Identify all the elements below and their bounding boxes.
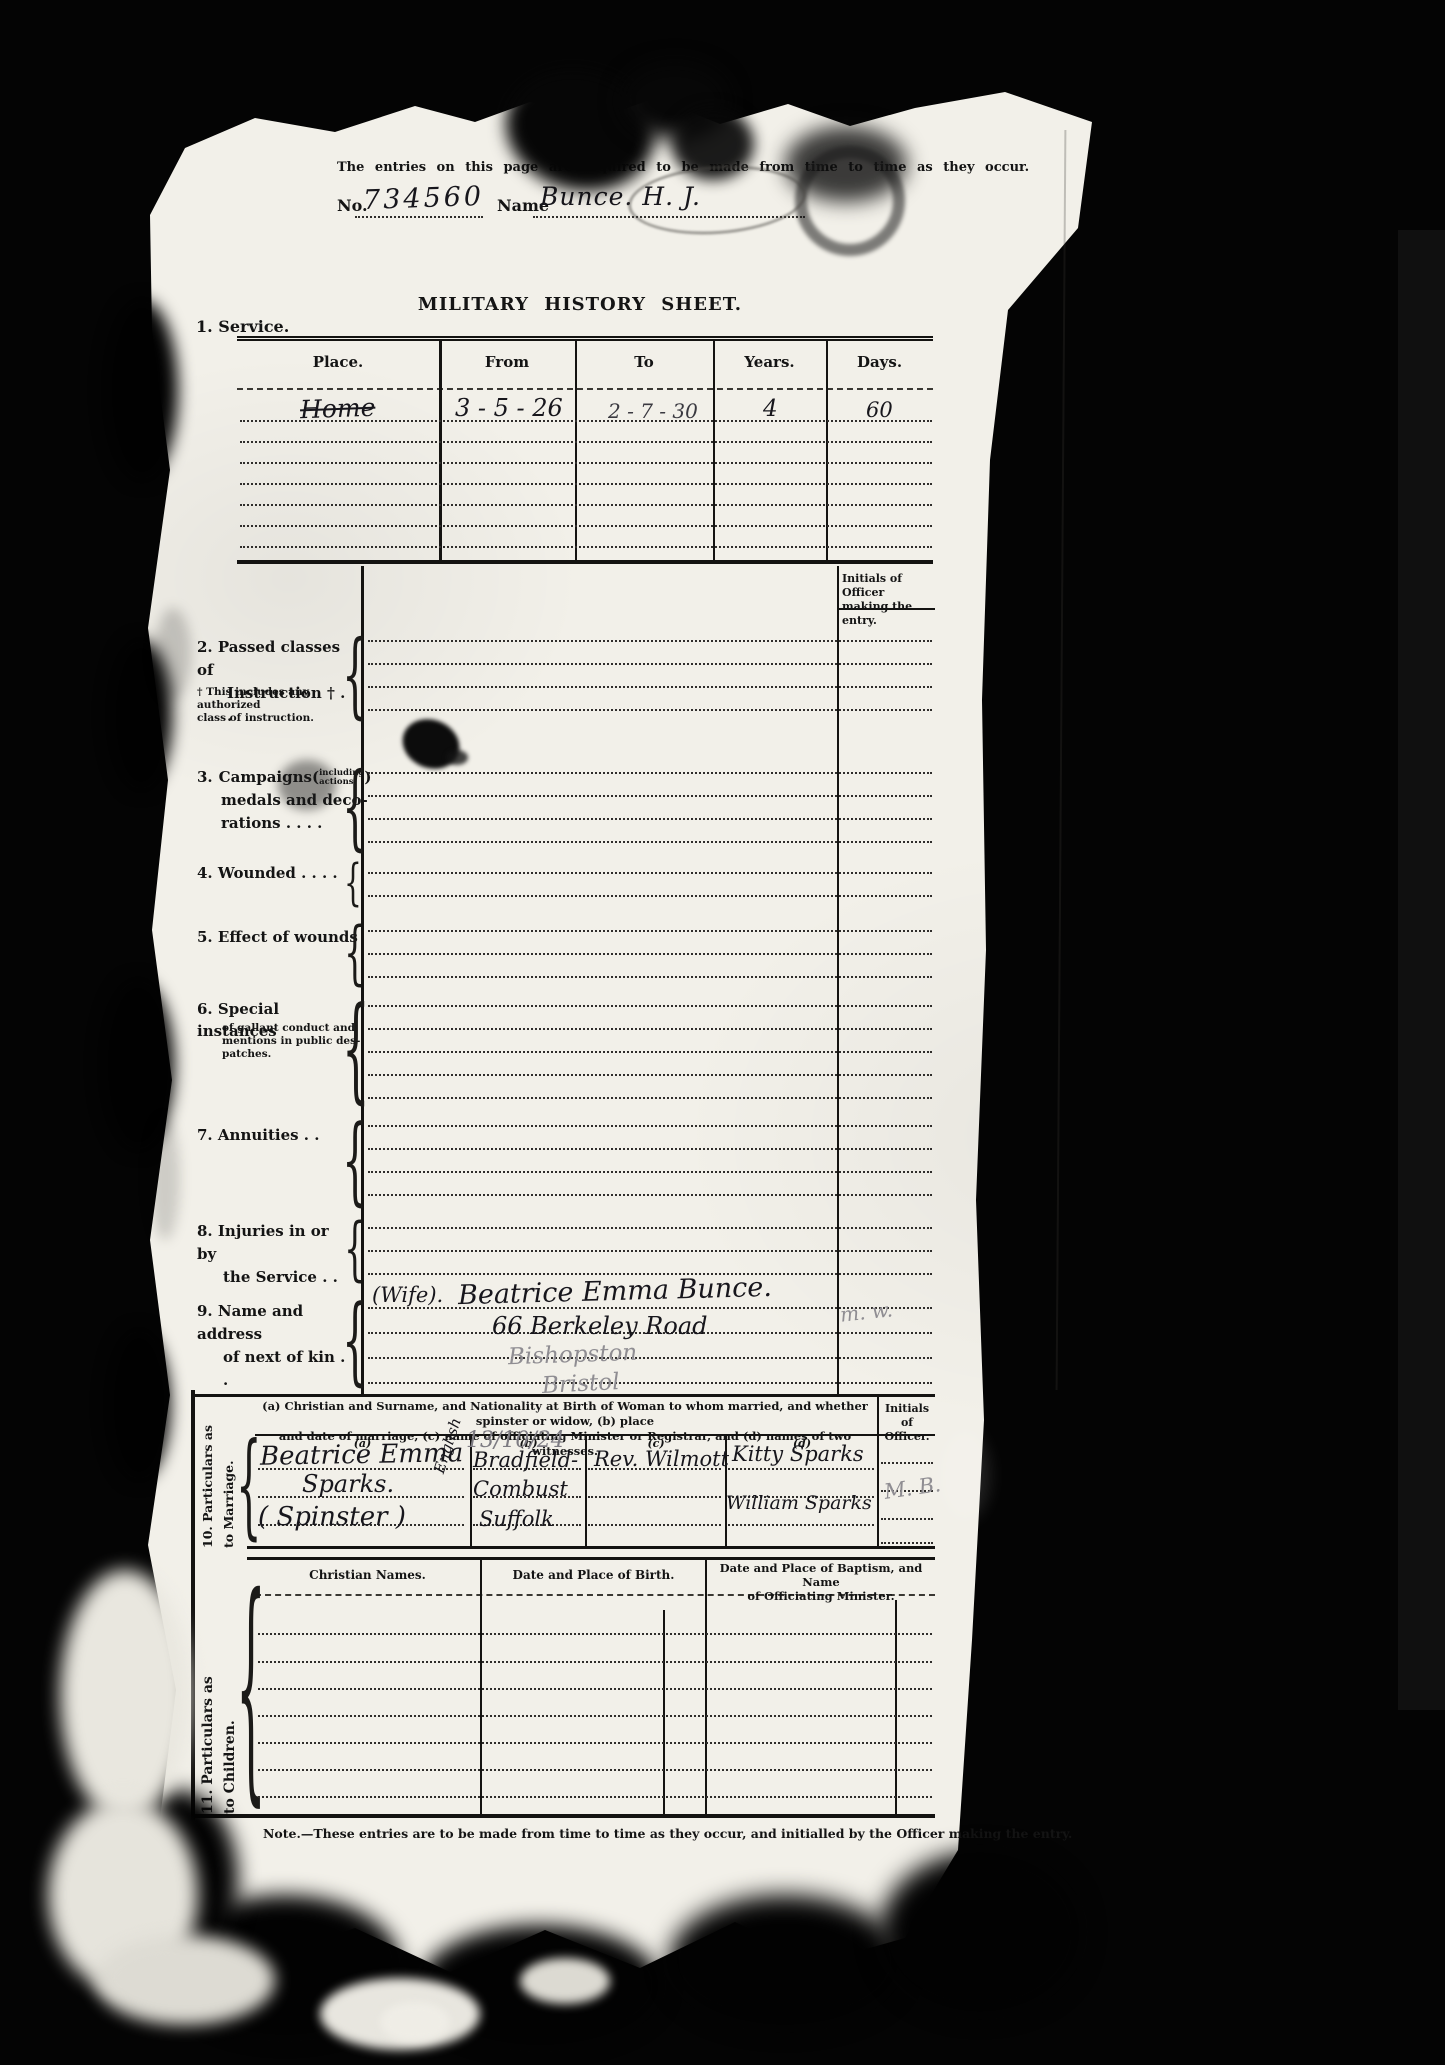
page-title: MILITARY HISTORY SHEET. bbox=[280, 294, 880, 315]
dotted-line bbox=[368, 841, 932, 843]
dotted-line bbox=[728, 1524, 874, 1526]
dotted-line bbox=[368, 795, 932, 797]
marriage-place-3: Suffolk bbox=[479, 1507, 554, 1531]
torn-bottom-blob bbox=[670, 1895, 900, 2025]
dotted-line bbox=[368, 872, 932, 874]
dotted-line bbox=[258, 1661, 932, 1663]
section-6-brace: { bbox=[342, 992, 370, 1107]
right-edge-smudge bbox=[940, 1430, 990, 1520]
marriage-place-1: Bradfield- bbox=[473, 1448, 578, 1472]
dotted-line bbox=[368, 1148, 932, 1150]
marriage-side-label-1: 10. Particulars as bbox=[200, 1398, 215, 1548]
section-3-brace: { bbox=[342, 760, 368, 853]
col-header-place: Place. bbox=[237, 353, 439, 371]
white-splotch bbox=[95, 1935, 275, 2025]
children-col3-header: Date and Place of Baptism, and Name of O… bbox=[707, 1561, 935, 1603]
marriage-box-bottom bbox=[247, 1546, 935, 1549]
marriage-minister: Rev. Wilmott bbox=[594, 1447, 729, 1471]
marriage-side-label-2: to Marriage. bbox=[221, 1398, 236, 1548]
dotted-line bbox=[240, 420, 932, 422]
section-5-label: 5. Effect of wounds bbox=[197, 928, 358, 946]
table-header-separator bbox=[237, 388, 933, 390]
next-of-kin-relation: (Wife). bbox=[372, 1283, 443, 1307]
table-column-divider bbox=[439, 341, 442, 562]
col-header-days: Days. bbox=[826, 353, 933, 371]
paper-fold-line bbox=[1056, 130, 1067, 1390]
dotted-line bbox=[368, 976, 932, 978]
dotted-line bbox=[588, 1496, 721, 1498]
section-8-label: 8. Injuries in or by the Service . . bbox=[197, 1220, 353, 1289]
children-inner-rule bbox=[663, 1610, 665, 1814]
dotted-line bbox=[258, 1742, 932, 1744]
dotted-line bbox=[368, 772, 932, 774]
service-heading: 1. Service. bbox=[196, 317, 289, 336]
table-column-divider bbox=[713, 341, 715, 562]
edge-smudge bbox=[150, 1118, 180, 1240]
dotted-line bbox=[240, 483, 932, 485]
dotted-line bbox=[368, 640, 932, 642]
officer-column-rule bbox=[837, 566, 839, 1396]
footer-note: Note.—These entries are to be made from … bbox=[263, 1826, 1072, 1841]
dotted-line bbox=[368, 895, 932, 897]
scanner-band bbox=[1398, 230, 1445, 1710]
ink-blot-section2 bbox=[446, 750, 468, 765]
table-bottom-border bbox=[237, 560, 933, 564]
section-6-footnote: of gallant conduct and mentions in publi… bbox=[222, 1022, 362, 1061]
children-col-divider bbox=[480, 1560, 482, 1814]
section-2-footnote: † This includes any authorized class of … bbox=[197, 686, 362, 725]
dotted-line bbox=[368, 1051, 932, 1053]
col-header-to: To bbox=[575, 353, 713, 371]
marriage-wife-status: ( Spinster ) bbox=[258, 1502, 406, 1532]
dotted-line bbox=[368, 953, 932, 955]
marriage-box-top bbox=[191, 1394, 935, 1397]
dotted-line bbox=[240, 441, 932, 443]
section-9-label: 9. Name and address of next of kin . . bbox=[197, 1300, 353, 1392]
section-7-brace: { bbox=[342, 1112, 368, 1208]
torn-edge-blob bbox=[106, 300, 178, 480]
left-margin-rule bbox=[191, 1390, 195, 1820]
marriage-officer-header: Initials of Officer. bbox=[879, 1402, 935, 1444]
dotted-line bbox=[258, 1796, 932, 1798]
dotted-line bbox=[368, 930, 932, 932]
dotted-line bbox=[368, 663, 932, 665]
children-col1-header: Christian Names. bbox=[255, 1568, 480, 1582]
table-top-border bbox=[237, 336, 933, 341]
torn-bottom-blob bbox=[880, 1852, 1080, 2012]
white-splotch bbox=[520, 1958, 610, 2004]
marriage-witness-2: William Sparks bbox=[726, 1492, 872, 1514]
officer-box-header: Initials of Officer making the entry. bbox=[842, 572, 934, 628]
dotted-line bbox=[240, 504, 932, 506]
dotted-line bbox=[368, 1005, 932, 1007]
section-4-brace: { bbox=[344, 858, 362, 908]
dotted-line bbox=[368, 1382, 932, 1384]
dotted-line bbox=[368, 1125, 932, 1127]
dotted-line bbox=[258, 1688, 932, 1690]
section-7-label: 7. Annuities . . bbox=[197, 1126, 319, 1144]
section-4-label: 4. Wounded . . . . bbox=[197, 864, 338, 882]
col-header-from: From bbox=[439, 353, 575, 371]
section-5-brace: { bbox=[344, 918, 365, 988]
dotted-line bbox=[240, 546, 932, 548]
table-column-divider bbox=[575, 341, 577, 562]
service-from-value: 3 - 5 - 26 bbox=[455, 394, 563, 422]
dotted-line bbox=[368, 1250, 932, 1252]
children-side-label-1: 11. Particulars as bbox=[200, 1562, 216, 1814]
edge-smudge bbox=[155, 608, 191, 700]
section-8-brace: { bbox=[344, 1214, 365, 1284]
children-box-top bbox=[247, 1557, 935, 1560]
dotted-line bbox=[368, 1171, 932, 1173]
dotted-line bbox=[368, 1097, 932, 1099]
children-box-bottom bbox=[191, 1814, 935, 1818]
no-value: 734560 bbox=[362, 181, 484, 216]
section-2-brace: { bbox=[342, 628, 368, 721]
dotted-line bbox=[258, 1769, 932, 1771]
dotted-line bbox=[258, 1715, 932, 1717]
dotted-line bbox=[368, 709, 932, 711]
service-days-value: 60 bbox=[866, 398, 893, 422]
dotted-line bbox=[881, 1542, 933, 1544]
dotted-line bbox=[881, 1518, 933, 1520]
white-splotch bbox=[60, 1570, 190, 1820]
torn-edge-blob bbox=[108, 1330, 170, 1480]
dotted-line bbox=[728, 1468, 874, 1470]
dotted-line bbox=[588, 1524, 721, 1526]
dotted-line bbox=[368, 686, 932, 688]
dotted-line bbox=[240, 525, 932, 527]
marriage-place-2: Combust bbox=[473, 1477, 568, 1501]
next-of-kin-address-2: Bishopston bbox=[508, 1340, 638, 1370]
next-of-kin-address-1: 66 Berkeley Road bbox=[492, 1312, 707, 1340]
marriage-witness-1: Kitty Sparks bbox=[732, 1442, 864, 1466]
dotted-line bbox=[368, 1194, 932, 1196]
stamp-ring bbox=[795, 146, 905, 256]
children-col2-header: Date and Place of Birth. bbox=[482, 1568, 705, 1582]
dotted-line bbox=[368, 1074, 932, 1076]
dotted-line bbox=[881, 1462, 933, 1464]
service-years-value: 4 bbox=[763, 396, 778, 422]
dotted-line bbox=[368, 1357, 932, 1359]
scanned-document-page: The entries on this page are required to… bbox=[0, 0, 1445, 2065]
white-splotch bbox=[380, 2002, 450, 2042]
dotted-line bbox=[368, 1028, 932, 1030]
dotted-line bbox=[240, 462, 932, 464]
fingerprint-smudge bbox=[278, 760, 336, 810]
dotted-line bbox=[368, 1227, 932, 1229]
marriage-wife-name-2: Sparks. bbox=[302, 1470, 394, 1498]
table-column-divider bbox=[826, 341, 828, 562]
dotted-line bbox=[368, 818, 932, 820]
dotted-line bbox=[355, 216, 483, 218]
dotted-line bbox=[258, 1633, 932, 1635]
section-9-brace: { bbox=[342, 1292, 368, 1388]
col-header-years: Years. bbox=[713, 353, 826, 371]
